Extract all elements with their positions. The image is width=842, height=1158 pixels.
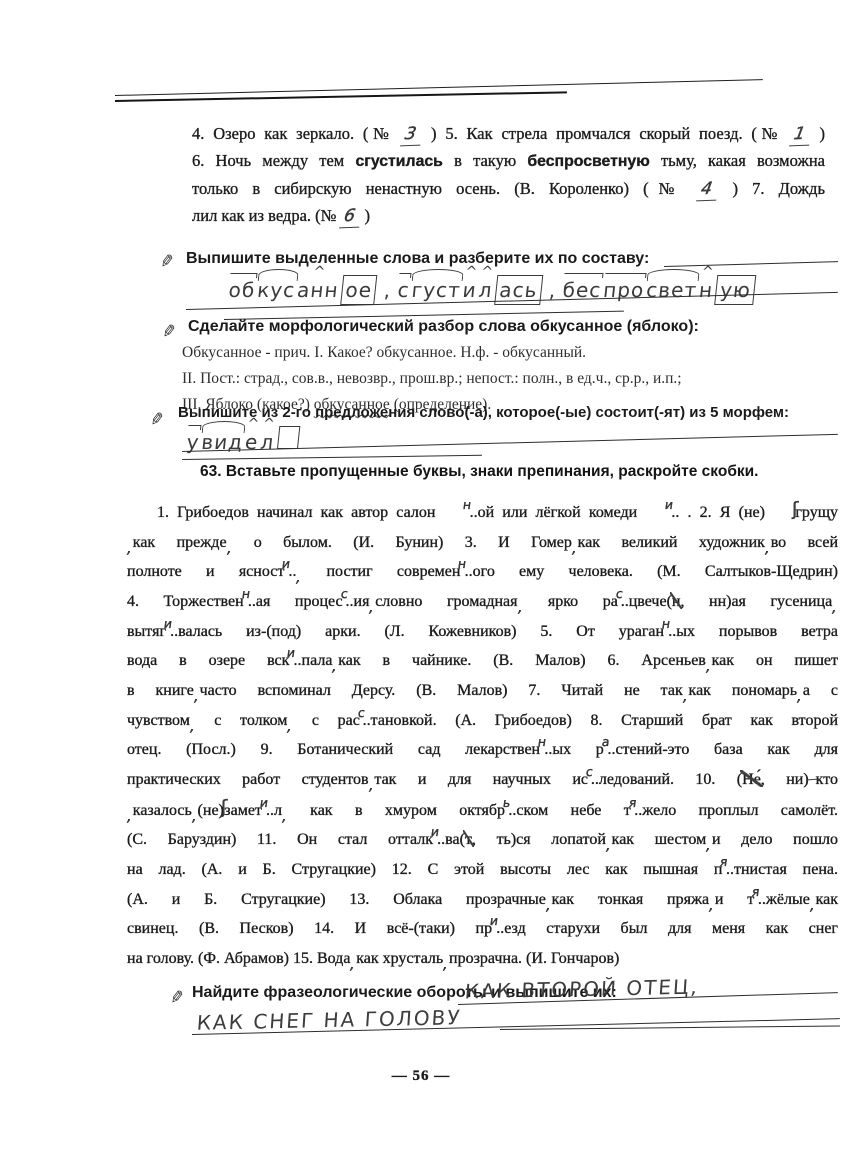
printed-text: 4. Торжествен bbox=[127, 593, 244, 610]
printed-text: 1. Грибоедов начинал как автор салон bbox=[157, 504, 435, 521]
page-number: — 56 — bbox=[0, 1068, 842, 1085]
printed-text: ..ого ему человека. (М. Салтыков-Щедрин) bbox=[465, 563, 838, 580]
printed-text: как шестом bbox=[612, 831, 707, 848]
printed-text: грущу bbox=[795, 504, 838, 521]
text-line: в книге,часто вспоминал Дерсу. (В. Малов… bbox=[127, 676, 838, 706]
text-line: (А. и Б. Стругацкие) 13. Облака прозрачн… bbox=[127, 885, 838, 915]
task1-handwritten-answer: обкусанное,сгустилась,беспросветную bbox=[228, 270, 755, 305]
exercise-heading: 63. Вставьте пропущенные буквы, знаки пр… bbox=[200, 463, 759, 481]
text-line: свинец. (В. Песков) 14. И всё-(таки) при… bbox=[127, 914, 838, 944]
printed-text: а с bbox=[803, 682, 838, 699]
printed-text: (С. Баруздин) 11. Он стал отталк bbox=[127, 831, 433, 848]
text-line: полноте и ясности.., постиг современн..о… bbox=[127, 557, 838, 587]
text-line: ,как прежде, о былом. (И. Бунин) 3. И Го… bbox=[127, 528, 838, 558]
handwritten-number: 4 bbox=[697, 180, 721, 201]
printed-text: казалось bbox=[133, 802, 192, 819]
answer-underline bbox=[664, 261, 838, 267]
crossed-out-letter: н bbox=[672, 593, 681, 610]
morpheme-suf: л bbox=[476, 270, 495, 304]
printed-text: лил как из ведра. (№ bbox=[192, 206, 341, 225]
printed-text: прозрачна. (И. Гончаров) bbox=[449, 950, 619, 967]
printed-text: ) 7. Дождь bbox=[718, 179, 825, 198]
text-line: на лад. (А. и Б. Стругацкие) 12. С этой … bbox=[127, 855, 838, 885]
printed-text: , ть)ся лопатой bbox=[472, 831, 606, 848]
text-line: ,казалось,(не)ʃзамети..л, как в хмуром о… bbox=[127, 795, 838, 826]
printed-text: как пономарь bbox=[689, 682, 798, 699]
printed-text: ..жёлые bbox=[758, 891, 810, 908]
task1-label: Выпишите выделенные слова и разберите их… bbox=[186, 250, 649, 268]
text-line: 1. Грибоедов начинал как автор салонн..о… bbox=[127, 497, 838, 528]
printed-text: практических работ студентов bbox=[127, 771, 369, 788]
handwritten-word: беспросветную bbox=[560, 270, 757, 305]
morpheme-end bbox=[277, 426, 300, 449]
sentences-paragraph: 4. Озеро как зеркало. (№ 3 ) 5. Как стре… bbox=[192, 120, 825, 229]
printed-text: как bbox=[816, 891, 838, 908]
printed-text: 6. Ночь между тем bbox=[192, 151, 355, 170]
task2-label-pre: Сделайте морфологический разбор слова bbox=[188, 318, 530, 335]
printed-text: как великий художник bbox=[578, 534, 765, 551]
highlighted-word: беспросветную bbox=[527, 153, 649, 170]
task2-label-post: (яблоко): bbox=[622, 318, 699, 335]
printed-text: замет bbox=[224, 802, 262, 819]
text-line: 6. Ночь между тем сгустилась в такую бес… bbox=[192, 147, 825, 175]
text-line: Обкусанное - прич. I. Какое? обкусанное.… bbox=[182, 340, 842, 366]
printed-text: только в сибирскую ненастную осень. (В. … bbox=[192, 179, 698, 198]
printed-text: (А. и Б. Стругацкие) 13. Облака прозрачн… bbox=[127, 891, 546, 908]
printed-text: чувством bbox=[127, 712, 190, 729]
printed-text: полноте и ясност bbox=[127, 563, 284, 580]
printed-text: как тонкая пряжа bbox=[552, 891, 709, 908]
text-line: практических работ студентов,так и для н… bbox=[127, 765, 838, 795]
text-line: вытяги..валась из-(под) арки. (Л. Кожевн… bbox=[127, 617, 838, 647]
printed-text: свинец. (В. Песков) 14. И всё-(таки) пр bbox=[127, 920, 492, 937]
printed-text: ..тнистая пена. bbox=[726, 861, 838, 878]
text-line: (С. Баруздин) 11. Он стал отталки..ва(т,… bbox=[127, 825, 838, 855]
printed-text: ..л bbox=[266, 802, 282, 819]
printed-text: ..пала bbox=[294, 652, 333, 669]
text-line: 4. Торжественн..ая процесс..ия,словно гр… bbox=[127, 587, 838, 617]
handwritten-letter-insert: и bbox=[633, 490, 675, 520]
printed-text: ..ском небе т bbox=[508, 802, 630, 819]
crossed-out-letter: Не́ bbox=[742, 771, 761, 788]
highlighted-word: сгустилась bbox=[355, 153, 442, 170]
text-line: вода в озере вски..пала,как в чайнике. (… bbox=[127, 646, 838, 676]
printed-text: как хрусталь bbox=[356, 950, 443, 967]
morpheme-pre: об bbox=[226, 270, 258, 304]
printed-text: тьму, какая возможна bbox=[650, 151, 825, 170]
printed-text: ..валась из-(под) арки. (Л. Кожевников) … bbox=[170, 623, 664, 640]
morpheme-root: кус bbox=[255, 270, 298, 304]
printed-text: ..стений-это база как для bbox=[607, 741, 838, 758]
printed-text: , ни) bbox=[761, 771, 809, 788]
handwritten-word: обкусанное bbox=[226, 270, 378, 305]
crossed-out-letter: т bbox=[465, 831, 472, 848]
printed-text: II. Пост.: страд., сов.в., невозвр., про… bbox=[182, 370, 682, 387]
printed-text: Обкусанное - прич. I. Какое? обкусанное.… bbox=[182, 344, 586, 361]
printed-text: на голову. (Ф. Абрамов) 15. Вода bbox=[127, 950, 350, 967]
task2-label-word: обкусанное bbox=[530, 318, 622, 335]
task2-label: Сделайте морфологический разбор слова об… bbox=[188, 318, 699, 336]
printed-text: отец. (Посл.) 9. Ботанический сад лекарс… bbox=[127, 741, 540, 758]
printed-text: ) bbox=[811, 124, 825, 143]
text-line: II. Пост.: страд., сов.в., невозвр., про… bbox=[182, 366, 842, 392]
morpheme-end: ое bbox=[340, 275, 378, 305]
printed-text: и дело пошло bbox=[712, 831, 838, 848]
printed-text: ..тановкой. (А. Грибоедов) 8. Старший бр… bbox=[363, 712, 838, 729]
handwritten-number: 6 bbox=[339, 207, 363, 228]
printed-text: на лад. (А. и Б. Стругацкие) 12. С этой … bbox=[127, 861, 722, 878]
morpheme-suf: л bbox=[258, 422, 277, 456]
printed-text: так и для научных ис bbox=[374, 771, 588, 788]
morpheme-suf: н bbox=[697, 270, 717, 304]
printed-text: как в хмуром октябр bbox=[288, 802, 505, 819]
printed-text: ..ва( bbox=[437, 831, 465, 848]
printed-text: как он пишет bbox=[712, 652, 838, 669]
handwritten-join-mark: ʃ bbox=[762, 495, 798, 525]
printed-text: ..ой или лёгкой комеди bbox=[470, 504, 638, 521]
morpheme-root: свет bbox=[644, 270, 700, 304]
printed-text: ..жело проплыл самолёт. bbox=[634, 802, 838, 819]
text-line: на голову. (Ф. Абрамов) 15. Вода,как хру… bbox=[127, 944, 838, 974]
text-line: лил как из ведра. (№ 6 ) bbox=[192, 202, 825, 229]
printed-text: ..ия bbox=[346, 593, 370, 610]
printed-text: в такую bbox=[443, 151, 527, 170]
printed-text: как прежде bbox=[133, 534, 227, 551]
printed-text: , нн)ая гусеница bbox=[680, 593, 832, 610]
printed-text: во всей bbox=[771, 534, 838, 551]
printed-text: словно громадная bbox=[375, 593, 517, 610]
text-line: отец. (Посл.) 9. Ботанический сад лекарс… bbox=[127, 735, 838, 765]
printed-text: .. . 2. Я (не) bbox=[671, 504, 765, 521]
printed-text: постиг современ bbox=[302, 563, 460, 580]
morpheme-root: густ bbox=[409, 270, 464, 304]
printed-text: с толком bbox=[196, 712, 288, 729]
printed-text: вода в озере вск bbox=[127, 652, 289, 669]
morpheme-end: ую bbox=[715, 275, 757, 305]
printed-text: ..ых порывов ветра bbox=[668, 623, 838, 640]
printed-text: как в чайнике. (В. Малов) 6. Арсеньев bbox=[338, 652, 706, 669]
exercise-text: 1. Грибоедов начинал как автор салонн..о… bbox=[127, 497, 838, 974]
printed-text: ярко ра bbox=[523, 593, 618, 610]
printed-text: ..ых р bbox=[544, 741, 603, 758]
printed-text: ..езд старухи был для меня как снег bbox=[496, 920, 838, 937]
handwritten-number: 1 bbox=[789, 125, 813, 146]
printed-text: ..ледований. 10. ( bbox=[591, 771, 742, 788]
printed-text: 4. Озеро как зеркало. (№ bbox=[192, 124, 402, 143]
pencil-icon: ✎ bbox=[161, 321, 178, 343]
text-line: чувством, с толком, с расс..тановкой. (А… bbox=[127, 706, 838, 736]
printed-text: ) 5. Как стрела промчался скорый поезд. … bbox=[422, 124, 791, 143]
text-line: 4. Озеро как зеркало. (№ 3 ) 5. Как стре… bbox=[192, 120, 825, 147]
text-line: только в сибирскую ненастную осень. (В. … bbox=[192, 175, 825, 202]
printed-text: в книге bbox=[127, 682, 194, 699]
handwritten-separator: , bbox=[383, 278, 389, 302]
printed-text: ..цвече( bbox=[621, 593, 672, 610]
printed-text: ..ая процес bbox=[248, 593, 343, 610]
pencil-icon: ✎ bbox=[169, 987, 186, 1009]
printed-text: и т bbox=[715, 891, 754, 908]
handwritten-join-mark: ʃ bbox=[221, 793, 227, 823]
pencil-icon: ✎ bbox=[149, 409, 166, 431]
printed-text: вытяг bbox=[127, 623, 166, 640]
printed-text: часто вспоминал Дерсу. (В. Малов) 7. Чит… bbox=[200, 682, 683, 699]
pencil-icon: ✎ bbox=[159, 251, 176, 273]
scanned-workbook-page: 4. Озеро как зеркало. (№ 3 ) 5. Как стре… bbox=[0, 0, 842, 1158]
handwritten-number: 3 bbox=[400, 125, 424, 146]
handwritten-letter-insert: н bbox=[431, 490, 473, 520]
morpheme-suf: анн bbox=[295, 270, 342, 304]
printed-text: с рас bbox=[293, 712, 360, 729]
